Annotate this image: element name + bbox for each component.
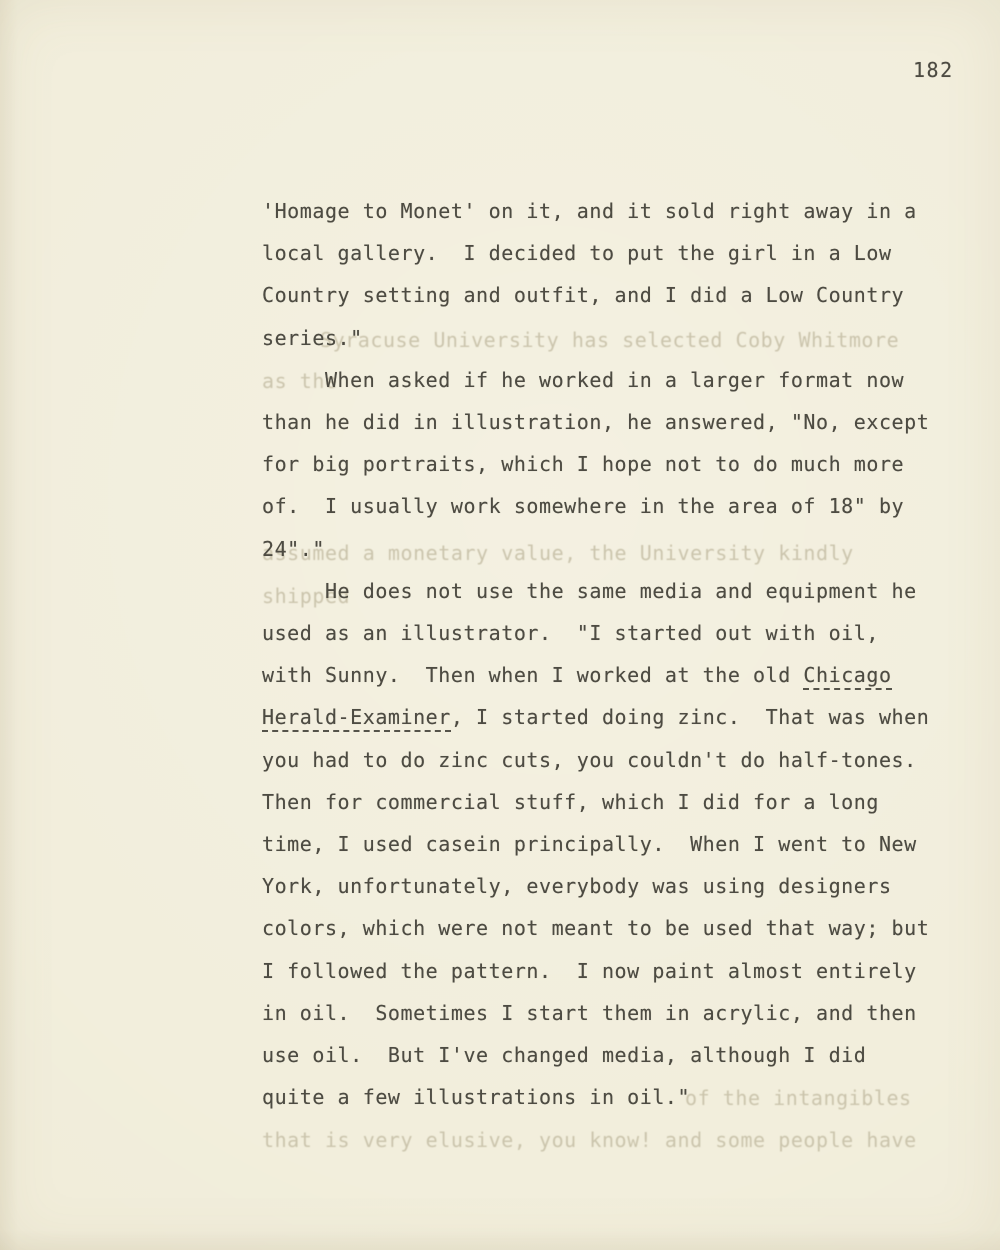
text-segment: time, I used casein principally. When I …: [262, 832, 917, 856]
typed-line: When asked if he worked in a larger form…: [262, 359, 952, 401]
typed-line: Herald-Examiner, I started doing zinc. T…: [262, 696, 952, 738]
underlined-text: Herald-Examiner: [262, 705, 451, 732]
text-segment: Country setting and outfit, and I did a …: [262, 283, 904, 307]
page-number: 182: [913, 58, 954, 82]
text-segment: York, unfortunately, everybody was using…: [262, 874, 892, 898]
text-segment: for big portraits, which I hope not to d…: [262, 452, 904, 476]
typed-text-block: 'Homage to Monet' on it, and it sold rig…: [262, 190, 952, 1118]
text-segment: colors, which were not meant to be used …: [262, 916, 929, 940]
typed-line: quite a few illustrations in oil.": [262, 1076, 952, 1118]
text-segment: When asked if he worked in a larger form…: [262, 368, 904, 392]
typed-line: time, I used casein principally. When I …: [262, 823, 952, 865]
text-segment: used as an illustrator. "I started out w…: [262, 621, 879, 645]
typed-line: of. I usually work somewhere in the area…: [262, 485, 952, 527]
text-segment: with Sunny. Then when I worked at the ol…: [262, 663, 803, 687]
typed-line: used as an illustrator. "I started out w…: [262, 612, 952, 654]
text-segment: than he did in illustration, he answered…: [262, 410, 929, 434]
typed-line: than he did in illustration, he answered…: [262, 401, 952, 443]
typed-line: Then for commercial stuff, which I did f…: [262, 781, 952, 823]
typed-line: series.": [262, 317, 952, 359]
typed-line: local gallery. I decided to put the girl…: [262, 232, 952, 274]
document-page: 182 Syracuse University has selected Cob…: [0, 0, 1000, 1250]
text-segment: I followed the pattern. I now paint almo…: [262, 959, 917, 983]
typed-line: in oil. Sometimes I start them in acryli…: [262, 992, 952, 1034]
typed-line: York, unfortunately, everybody was using…: [262, 865, 952, 907]
typed-line: He does not use the same media and equip…: [262, 570, 952, 612]
text-segment: of. I usually work somewhere in the area…: [262, 494, 904, 518]
text-segment: series.": [262, 326, 363, 350]
text-segment: , I started doing zinc. That was when: [451, 705, 929, 729]
typed-line: 'Homage to Monet' on it, and it sold rig…: [262, 190, 952, 232]
text-segment: 24".": [262, 537, 325, 561]
typed-line: use oil. But I've changed media, althoug…: [262, 1034, 952, 1076]
text-segment: use oil. But I've changed media, althoug…: [262, 1043, 866, 1067]
typed-line: Country setting and outfit, and I did a …: [262, 274, 952, 316]
underlined-text: Chicago: [803, 663, 891, 690]
text-segment: He does not use the same media and equip…: [262, 579, 917, 603]
typed-line: you had to do zinc cuts, you couldn't do…: [262, 739, 952, 781]
typed-line: I followed the pattern. I now paint almo…: [262, 950, 952, 992]
text-segment: quite a few illustrations in oil.": [262, 1085, 690, 1109]
typed-line: for big portraits, which I hope not to d…: [262, 443, 952, 485]
text-segment: you had to do zinc cuts, you couldn't do…: [262, 748, 917, 772]
bleed-through-text: that is very elusive, you know! and some…: [262, 1128, 917, 1152]
typed-line: 24".": [262, 528, 952, 570]
typed-line: with Sunny. Then when I worked at the ol…: [262, 654, 952, 696]
text-segment: Then for commercial stuff, which I did f…: [262, 790, 879, 814]
typed-line: colors, which were not meant to be used …: [262, 907, 952, 949]
text-segment: in oil. Sometimes I start them in acryli…: [262, 1001, 917, 1025]
text-segment: local gallery. I decided to put the girl…: [262, 241, 892, 265]
text-segment: 'Homage to Monet' on it, and it sold rig…: [262, 199, 917, 223]
